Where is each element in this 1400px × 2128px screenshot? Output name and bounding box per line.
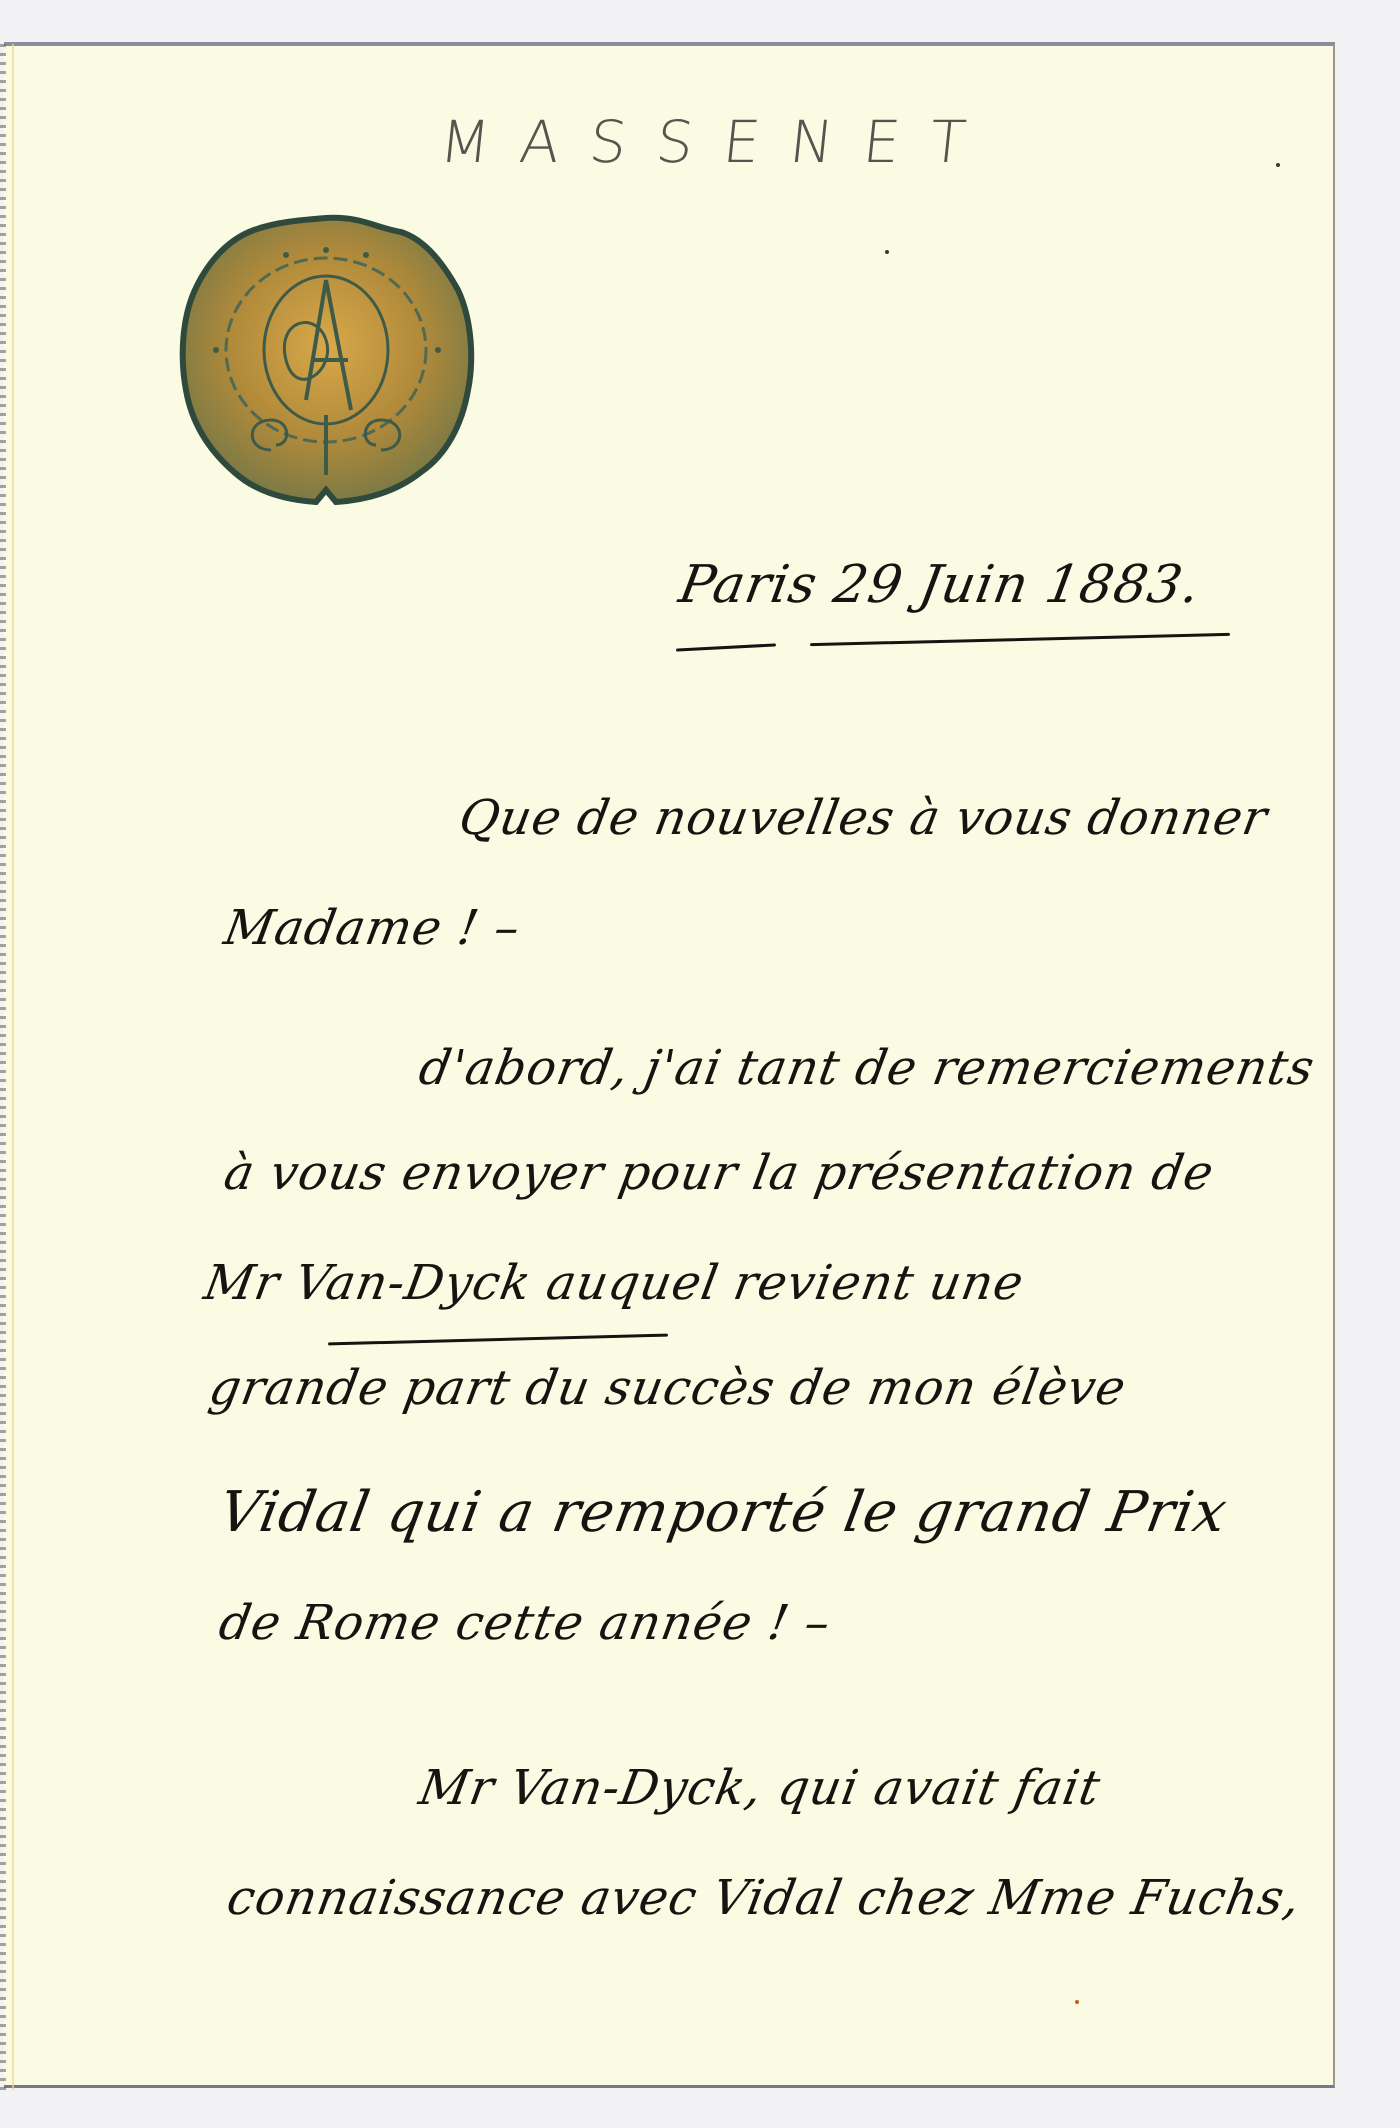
sheet-left-edge [0, 44, 6, 2090]
letter-line: grande part du succès de mon élève [205, 1360, 1130, 1416]
letter-line: Mr Van-Dyck, qui avait fait [415, 1760, 1105, 1816]
letter-line: Vidal qui a remporté le grand Prix [214, 1480, 1232, 1545]
date-line: Paris 29 Juin 1883. [675, 555, 1205, 615]
paper-speck [1075, 2000, 1079, 2004]
paper-speck [885, 250, 889, 254]
letter-line: Madame ! – [220, 900, 525, 956]
sheet-fold-line [12, 44, 14, 2090]
pencil-annotation: MASSENET [436, 108, 999, 176]
letter-line: de Rome cette année ! – [215, 1595, 835, 1651]
letter-line: d'abord, j'ai tant de remerciements [415, 1040, 1319, 1096]
letter-line: à vous envoyer pour la présentation de [220, 1145, 1218, 1201]
paper-speck [1276, 163, 1280, 167]
letter-line: connaissance avec Vidal chez Mme Fuchs, [223, 1870, 1305, 1926]
letter-line: Que de nouvelles à vous donner [455, 790, 1272, 846]
wax-seal-icon [176, 210, 476, 506]
letter-line: Mr Van-Dyck auquel revient une [200, 1255, 1028, 1311]
